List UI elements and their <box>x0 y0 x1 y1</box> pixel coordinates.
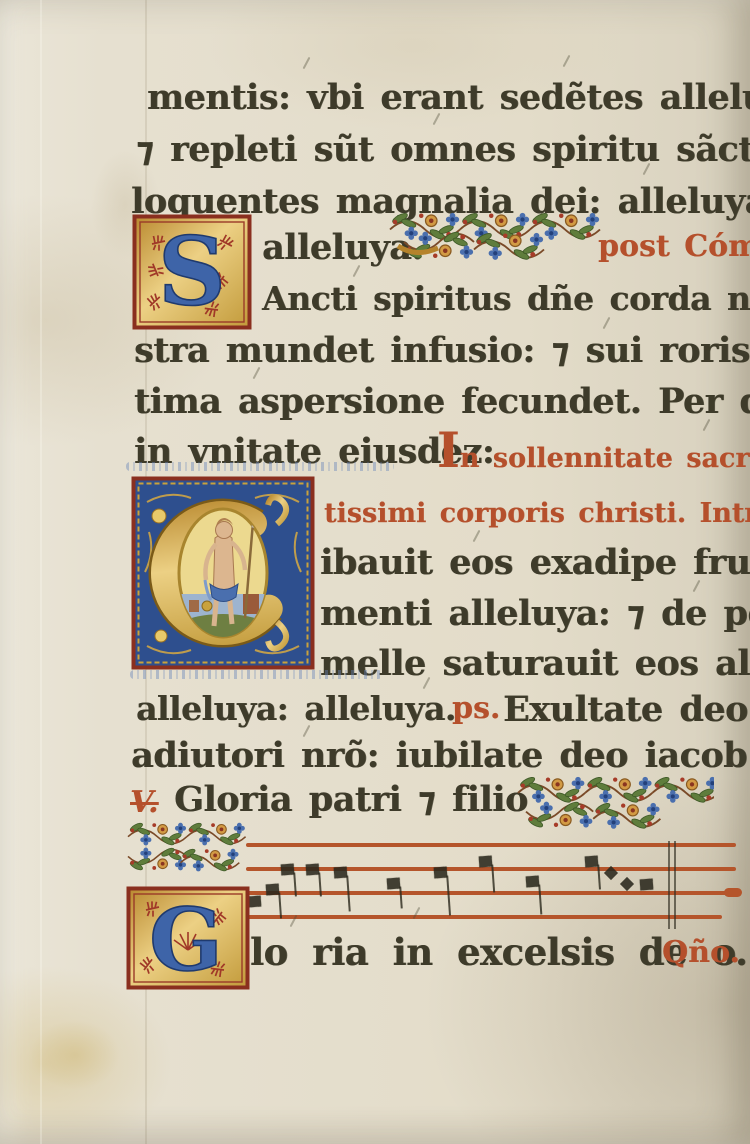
text-line-5: Ancti spiritus dñe corda no <box>262 282 750 315</box>
versicle-mark: V. <box>130 788 158 818</box>
pen-tick <box>603 317 611 329</box>
neume-square <box>526 876 540 888</box>
neume-square <box>387 878 401 890</box>
pen-flourish-strip <box>126 462 394 471</box>
text-line-13: alleluya: alleluya. <box>136 692 456 725</box>
parchment-stain <box>30 1020 120 1090</box>
neume-square <box>334 867 348 879</box>
pen-tick <box>473 530 481 542</box>
illuminated-initial-g: G <box>126 886 250 994</box>
neume-diamond <box>620 877 634 891</box>
neume-square <box>281 864 295 876</box>
staff-barline <box>674 841 676 929</box>
text-line-2: ⁊ repleti sũt omnes spiritu sãcto: <box>136 132 750 167</box>
text-line-12: melle saturauit eos allã: <box>320 646 750 681</box>
text-line-6: stra mundet infusio: ⁊ sui roris ĩ <box>134 333 750 368</box>
pen-flourish-strip <box>130 670 382 679</box>
initial-s-letter: S <box>158 217 226 327</box>
text-line-10: ibauit eos exadipe fru <box>320 545 750 580</box>
floral-vine-band-staff-left <box>126 818 246 890</box>
text-line-14: adiutori nrõ: iubilate deo iacob. <box>131 738 750 773</box>
neume-square <box>640 879 654 891</box>
floral-vine-band-top <box>388 206 606 268</box>
pen-tick <box>563 55 571 67</box>
neume-square <box>306 864 320 876</box>
neume-layer <box>246 843 740 935</box>
rubric-gloria-abbrev: Qño. <box>662 938 740 968</box>
initial-g-letter: G <box>149 890 222 990</box>
illuminated-initial-c <box>131 476 315 674</box>
rubric-in-sollennitate: In sollennitate sacra <box>437 436 750 472</box>
neume-square <box>266 884 280 896</box>
illuminated-initial-s: S <box>132 214 252 334</box>
neume-square <box>434 867 448 879</box>
staff-barline <box>668 841 670 929</box>
text-line-11: menti alleluya: ⁊ de petra <box>320 596 750 631</box>
text-line-1: mentis: vbi erant sedẽtes alleluya <box>147 80 750 115</box>
manuscript-page: mentis: vbi erant sedẽtes alleluya ⁊ rep… <box>0 0 750 1144</box>
text-line-15: Gloria patri ⁊ filio <box>174 782 528 817</box>
music-staff <box>246 843 740 935</box>
rubric-corporis-christi: tissimi corporis christi. Introy. <box>324 500 750 527</box>
text-line-13b: Exultate deo <box>503 692 748 727</box>
rubric-post-communion: post Cóm. <box>598 232 750 262</box>
text-line-7: tima aspersione fecundet. Per dñz <box>134 384 750 419</box>
rubric-psalm: ps. <box>452 694 500 724</box>
neume-square <box>585 856 599 868</box>
neume-diamond <box>604 866 618 880</box>
floral-vine-band-right <box>516 772 714 852</box>
neume-square <box>479 856 493 868</box>
page-edge-highlight <box>40 0 42 1144</box>
pen-tick <box>303 57 311 69</box>
